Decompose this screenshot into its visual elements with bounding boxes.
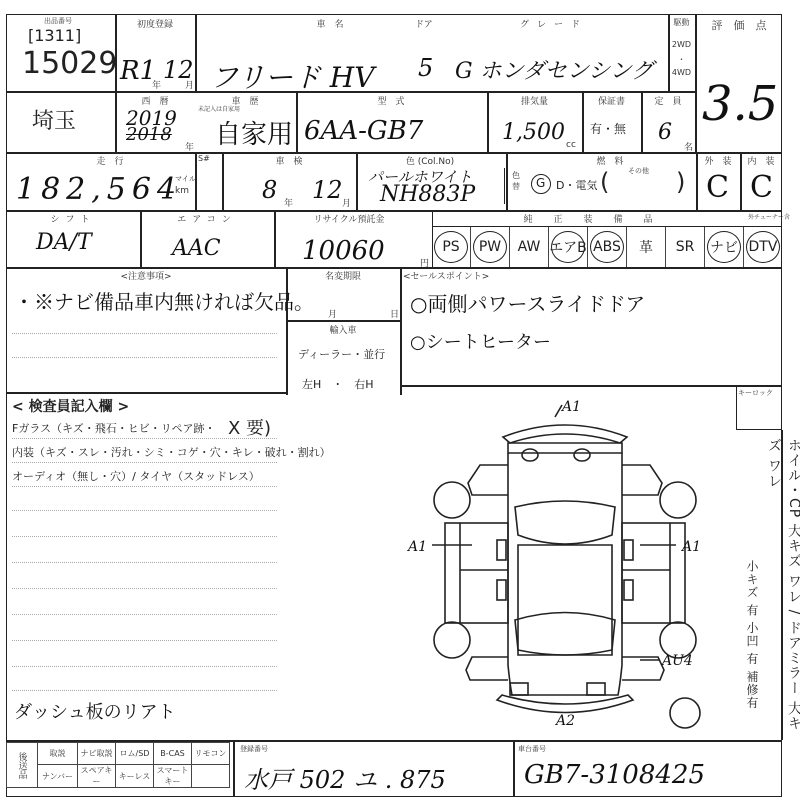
divider: [513, 740, 515, 797]
ruled-line: [12, 690, 277, 691]
acc-bcas[interactable]: B-CAS: [154, 743, 192, 765]
ruled-line: [12, 536, 277, 537]
divider: [115, 14, 117, 154]
mark-front: A1: [560, 399, 581, 415]
divider: [504, 168, 505, 204]
inspection-month-unit: 月: [342, 196, 351, 209]
chassis-number: GB7-3108425: [524, 760, 705, 790]
drive-sep: ・: [668, 54, 695, 65]
equip-airbag[interactable]: エアB: [549, 227, 588, 267]
fuel-label: 燃 料: [530, 154, 690, 167]
car-damage-diagram[interactable]: A1 A1 A1 AU4 A2: [400, 395, 730, 740]
first-registration-label: 初度登録: [115, 17, 195, 30]
aircon-value: AAC: [172, 236, 221, 261]
capacity-value: 6: [658, 120, 672, 145]
equip-label: 革: [639, 237, 653, 257]
acc-manual[interactable]: 取説: [38, 743, 78, 765]
score-value: 3.5: [702, 76, 778, 132]
doors-label: ドア: [415, 17, 433, 30]
model-code: 6AA-GB7: [304, 116, 423, 146]
divider: [400, 267, 402, 395]
year-unit: 年: [185, 140, 194, 153]
paren-open: (: [600, 168, 609, 196]
name-change-month: 月: [328, 307, 337, 320]
car-name: フリード HV: [210, 56, 374, 96]
registration-label: 登録番号: [240, 744, 268, 754]
s-number-label: S#: [198, 154, 210, 163]
warranty-value[interactable]: 有・無: [590, 120, 626, 137]
equip-label: SR: [676, 239, 695, 255]
mileage-unit-km: km: [175, 186, 189, 196]
mark-right-rear: AU4: [660, 653, 693, 669]
name-change-day: 日: [390, 307, 399, 320]
lot-label: 出品番号: [18, 16, 98, 26]
inspector-x-mark: X 要): [228, 414, 271, 440]
equip-label: PW: [479, 239, 501, 255]
notes-text: ・※ナビ備品車内無ければ欠品。: [14, 286, 314, 315]
displacement-value: 1,500: [502, 120, 565, 145]
registration-number: 水戸 502 ユ . 875: [244, 760, 446, 795]
equip-ps[interactable]: PS: [432, 227, 471, 267]
fuel-options[interactable]: D・電気: [556, 177, 597, 193]
accessories-label: 後送品: [7, 743, 38, 788]
mileage-label: 走 行: [70, 154, 150, 167]
shift-label: シフト: [6, 212, 140, 225]
equip-label: PS: [442, 239, 459, 255]
inspector-label: < 検査員記入欄 >: [12, 396, 129, 416]
divider: [286, 320, 400, 322]
lot-number: 15029: [22, 46, 117, 81]
acc-plate[interactable]: ナンバー: [38, 765, 78, 788]
inspector-line-interior: 内装（キズ・スレ・汚れ・シミ・コゲ・穴・キレ・破れ・割れ）: [12, 444, 331, 460]
equip-abs[interactable]: ABS: [588, 227, 627, 267]
ruled-line: [12, 562, 277, 563]
inspector-line-audio: オーディオ（無し・穴）/ タイヤ（スタッドレス）: [12, 468, 260, 484]
interior-label: 内 装: [740, 154, 782, 167]
equip-pw[interactable]: PW: [471, 227, 510, 267]
usage-value: 自家用: [215, 114, 293, 151]
ruled-line: [12, 666, 277, 667]
equip-label: AW: [518, 239, 541, 255]
equip-label: ナビ: [710, 237, 738, 257]
divider: [400, 385, 782, 387]
sale-points-label: <セールスポイント>: [403, 269, 489, 282]
import-dealer[interactable]: ディーラー・並行: [298, 346, 385, 362]
warranty-label: 保証書: [582, 94, 641, 107]
ruled-line: [12, 640, 277, 641]
month-unit: 月: [185, 78, 194, 91]
equip-aw[interactable]: AW: [510, 227, 549, 267]
lot-code: [1311]: [28, 26, 81, 45]
ruled-line: [12, 462, 277, 463]
divider: [356, 152, 358, 210]
shift-value: DA/T: [36, 230, 92, 255]
chassis-label: 車台番号: [518, 744, 546, 754]
equip-sunroof[interactable]: SR: [666, 227, 705, 267]
key-lock-label: キーロック: [738, 388, 773, 398]
inspection-month: 12: [312, 176, 343, 204]
mark-rear: A2: [554, 713, 575, 729]
drive-label: 駆動: [668, 17, 695, 28]
exterior-label: 外 装: [696, 154, 740, 167]
acc-remote[interactable]: リモコン: [192, 743, 230, 765]
aircon-label: エアコン: [140, 212, 274, 225]
sale-point-2: ○シートヒーター: [410, 328, 551, 354]
ruled-line: [12, 614, 277, 615]
acc-rom-sd[interactable]: ロム/SD: [116, 743, 154, 765]
inspector-bottom-note: ダッシュ板のリアト: [14, 698, 176, 724]
color-change-label: 色替: [510, 170, 522, 192]
acc-spare-key[interactable]: スペアキー: [78, 765, 116, 788]
car-name-label: 車 名: [270, 17, 390, 30]
capacity-unit: 名: [684, 140, 693, 153]
inspection-year-unit: 年: [284, 196, 293, 209]
mileage-unit-mile: マイル: [175, 174, 196, 184]
tuner-label: 外チューナー含: [748, 212, 790, 221]
mark-left: A1: [406, 539, 427, 555]
paren-close: ): [676, 168, 685, 196]
divider: [506, 152, 508, 210]
drive-4wd: 4WD: [668, 68, 695, 77]
divider: [6, 392, 286, 394]
capacity-label: 定 員: [641, 94, 695, 107]
equip-dtv[interactable]: DTV: [744, 227, 782, 267]
ruled-line: [12, 588, 277, 589]
model-year-struck: 2018: [126, 124, 172, 145]
inspector-line-glass: Fガラス（キズ・飛石・ヒビ・リペア跡・: [12, 420, 216, 436]
ruled-line: [12, 438, 277, 439]
mileage-value: 182,564: [16, 172, 182, 207]
ruled-line: [12, 333, 277, 334]
grade-label: グレード: [520, 17, 588, 30]
year-unit: 年: [152, 78, 161, 91]
acc-empty: [192, 765, 230, 788]
drive-2wd: 2WD: [668, 40, 695, 49]
equip-navi[interactable]: ナビ: [705, 227, 744, 267]
sale-point-1: ○両側パワースライドドア: [410, 288, 645, 317]
usage-sub: 未記入は自家用: [198, 104, 240, 113]
first-registration-era: R1: [120, 56, 156, 86]
ruled-line: [12, 357, 277, 358]
equip-leather[interactable]: 革: [627, 227, 666, 267]
name-change-label: 名変期限: [286, 269, 400, 282]
inspection-year: 8: [262, 176, 277, 204]
acc-navi-manual[interactable]: ナビ取説: [78, 743, 116, 765]
acc-keyless[interactable]: キーレス: [116, 765, 154, 788]
doors-value: 5: [418, 54, 433, 82]
grade-value: G ホンダセンシング: [455, 54, 653, 85]
ruled-line: [12, 510, 277, 511]
equipment-label: 純 正 装 備 品: [432, 212, 750, 225]
equip-label: DTV: [749, 239, 778, 255]
side-legend-col1: ホイル・CP 大キズ ワレ / ドアミラー 大キズ ワレ: [764, 438, 800, 738]
equip-label: エアB: [549, 237, 587, 257]
cc-unit: cc: [566, 140, 576, 150]
inspection-label: 車 検: [222, 154, 356, 167]
ruled-line: [12, 486, 277, 487]
fuel-selected[interactable]: G: [536, 176, 545, 190]
interior-grade: C: [750, 170, 773, 205]
accessories-table: 後送品 取説 ナビ取説 ロム/SD B-CAS リモコン ナンバー スペアキー …: [6, 742, 230, 788]
divider: [195, 14, 197, 92]
acc-smart-key[interactable]: スマートキー: [154, 765, 192, 788]
import-label: 輸入車: [286, 323, 400, 336]
exterior-grade: C: [706, 170, 729, 205]
divider: [695, 14, 697, 154]
recycle-value: 10060: [302, 236, 385, 266]
mark-right: A1: [680, 539, 701, 555]
recycle-label: リサイクル預託金: [274, 212, 424, 225]
import-steering[interactable]: 左H ・ 右H: [302, 376, 374, 392]
displacement-label: 排気量: [487, 94, 582, 107]
score-label: 評 価 点: [696, 17, 782, 33]
prefecture: 埼玉: [32, 104, 76, 135]
fuel-other-label: その他: [628, 166, 649, 176]
color-code: NH883P: [380, 182, 475, 207]
yen-unit: 円: [420, 256, 429, 269]
equip-label: ABS: [593, 239, 621, 255]
model-code-label: 型 式: [296, 94, 486, 107]
divider: [233, 740, 235, 797]
notes-label: <注意事項>: [6, 269, 286, 282]
side-legend-col2: 小キズ 有 小凹 有 補修有: [744, 560, 761, 740]
